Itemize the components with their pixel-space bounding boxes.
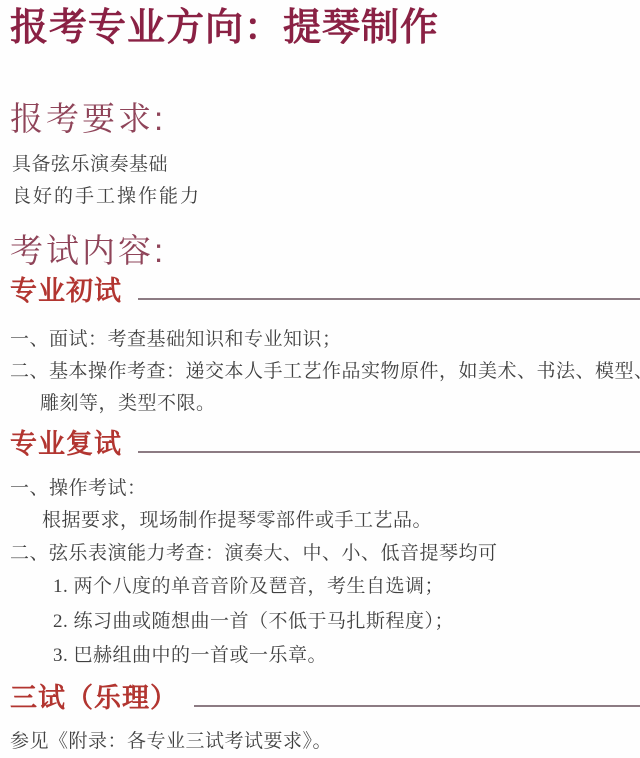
numbered-item: 2. 练习曲或随想曲一首（不低于马扎斯程度）；	[53, 610, 454, 634]
heading-rule-line	[138, 451, 640, 453]
exam-line: 二、基本操作考查：递交本人手工艺作品实物原件，如美术、书法、模型、	[10, 360, 640, 384]
round-heading-text: 三试（乐理）	[10, 684, 178, 712]
round-heading-third: 三试（乐理）	[10, 684, 640, 712]
exam-line: 一、面试：考查基础知识和专业知识；	[10, 328, 342, 352]
exam-line: 二、弦乐表演能力考查：演奏大、中、小、低音提琴均可	[10, 542, 498, 566]
heading-rule-line	[194, 705, 640, 707]
document-page: 报考专业方向：提琴制作 报考要求: 具备弦乐演奏基础 良好的手工操作能力 考试内…	[0, 0, 640, 758]
round-heading-second: 专业复试	[10, 430, 640, 458]
exam-line: 雕刻等，类型不限。	[40, 392, 216, 416]
heading-rule-line	[138, 298, 640, 300]
numbered-item: 3. 巴赫组曲中的一首或一乐章。	[53, 644, 327, 668]
requirement-item: 良好的手工操作能力	[12, 185, 201, 209]
requirements-heading: 报考要求:	[10, 99, 166, 139]
numbered-item: 1. 两个八度的单音音阶及琶音，考生自选调；	[53, 575, 444, 599]
round-heading-text: 专业复试	[10, 430, 122, 458]
exam-line: 根据要求，现场制作提琴零部件或手工艺品。	[42, 509, 432, 533]
appendix-note: 参见《附录：各专业三试考试要求》。	[10, 730, 332, 754]
round-heading-first: 专业初试	[10, 277, 640, 305]
exam-line: 一、操作考试：	[10, 477, 147, 501]
round-heading-text: 专业初试	[10, 277, 122, 305]
requirement-item: 具备弦乐演奏基础	[12, 153, 168, 177]
page-title: 报考专业方向：提琴制作	[10, 7, 439, 51]
exam-content-heading: 考试内容:	[10, 231, 166, 271]
